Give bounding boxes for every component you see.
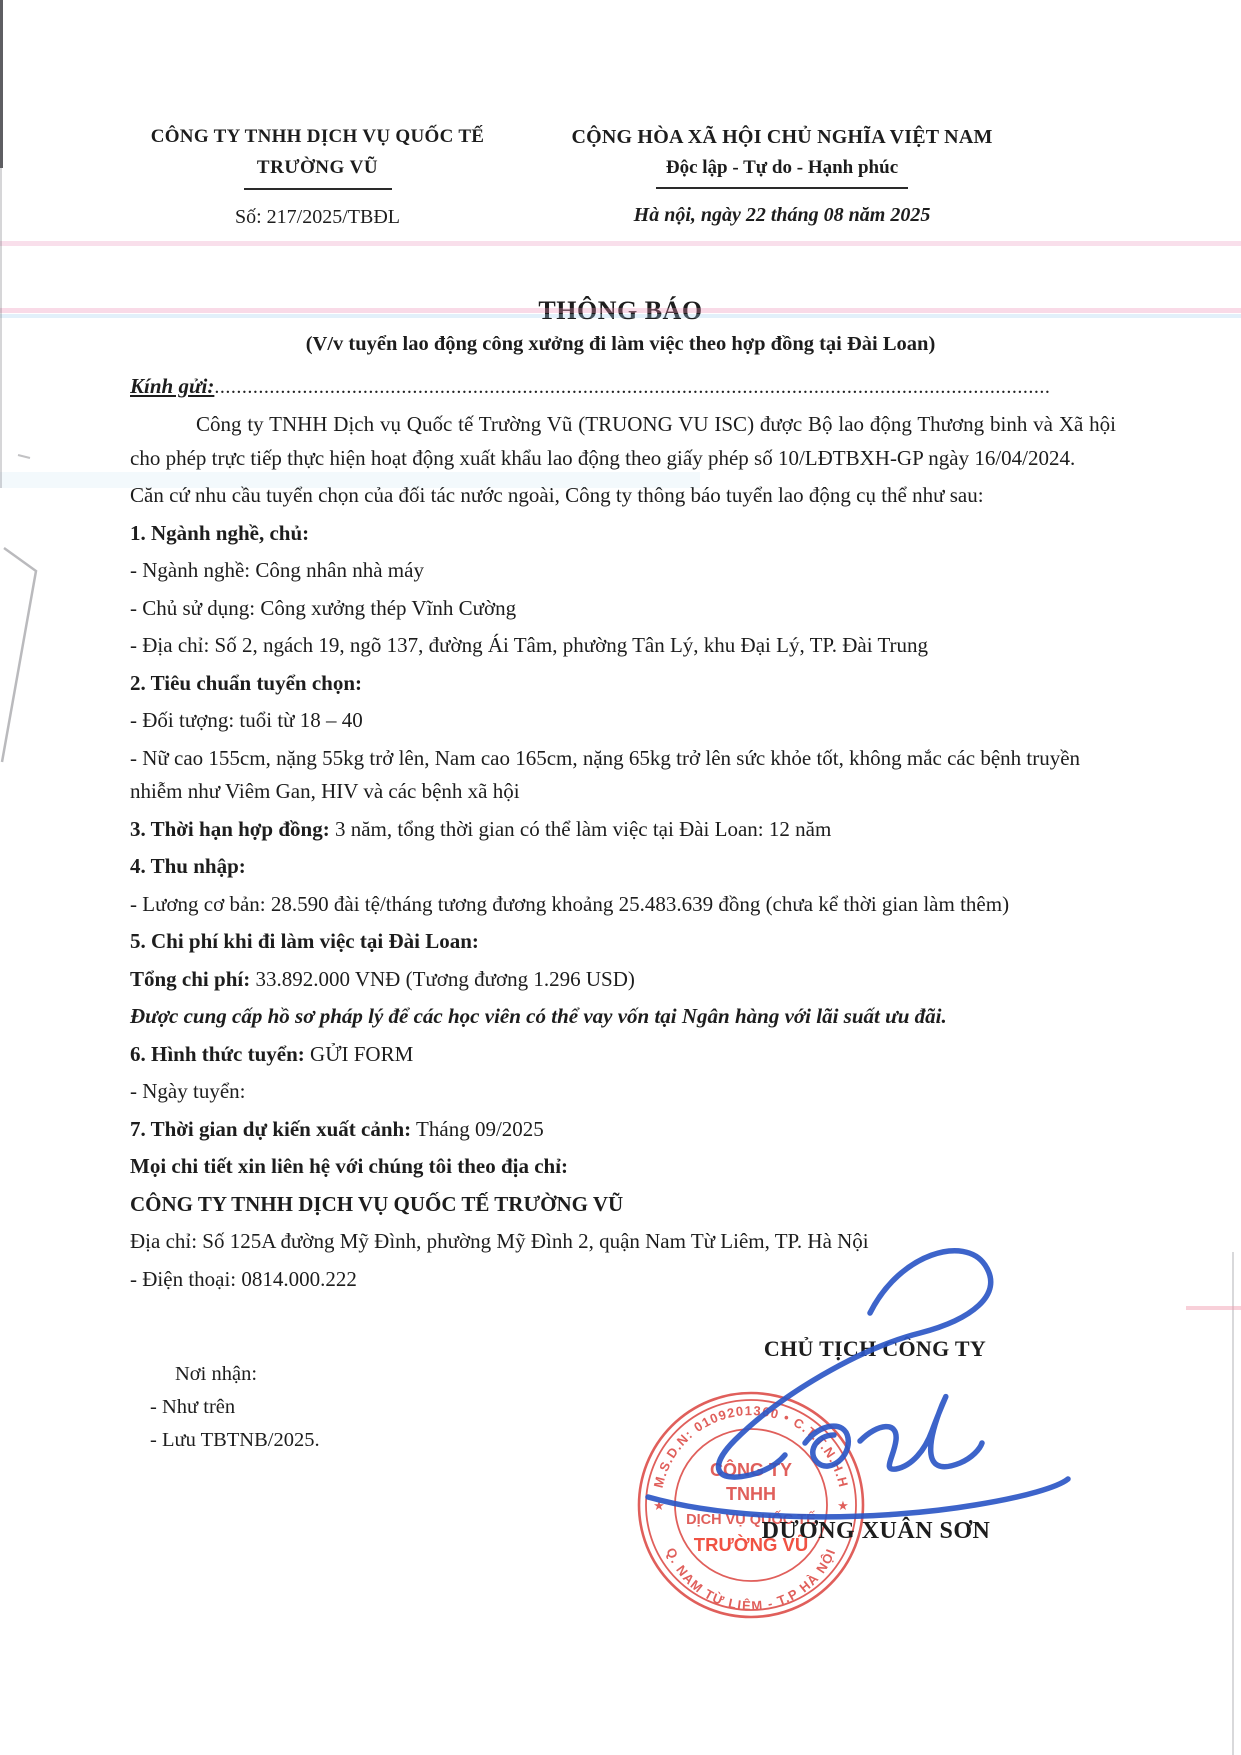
line-contact-intro: Mọi chi tiết xin liên hệ với chúng tôi t… <box>130 1150 1116 1184</box>
handwritten-signature <box>620 1235 1090 1525</box>
section-6-heading: 6. Hình thức tuyển: GỬI FORM <box>130 1038 1116 1072</box>
section-2-heading: 2. Tiêu chuẩn tuyển chọn: <box>130 667 1116 701</box>
section-3-heading: 3. Thời hạn hợp đồng: 3 năm, tổng thời g… <box>130 813 1116 847</box>
line-vay-von: Được cung cấp hồ sơ pháp lý để các học v… <box>130 1000 1116 1034</box>
line-the-chat: - Nữ cao 155cm, nặng 55kg trở lên, Nam c… <box>130 742 1116 809</box>
scan-artifact-stripe <box>1186 1306 1241 1310</box>
section-5-heading: 5. Chi phí khi đi làm việc tại Đài Loan: <box>130 925 1116 959</box>
line-nganh-nghe: - Ngành nghề: Công nhân nhà máy <box>130 554 1116 588</box>
scan-artifact-edge-line <box>0 168 2 488</box>
motto-underline <box>656 187 908 189</box>
recipient-item: - Như trên <box>150 1391 320 1424</box>
line-company-name: CÔNG TY TNHH DỊCH VỤ QUỐC TẾ TRƯỜNG VŨ <box>130 1188 1116 1222</box>
paragraph-intro: Công ty TNHH Dịch vụ Quốc tế Trường Vũ (… <box>130 408 1116 475</box>
line-dia-chi-dai-loan: - Địa chỉ: Số 2, ngách 19, ngõ 137, đườn… <box>130 629 1116 663</box>
org-underline <box>244 188 392 190</box>
issuing-org-name-line2: TRƯỜNG VŨ <box>140 157 495 179</box>
national-title: CỘNG HÒA XÃ HỘI CHỦ NGHĨA VIỆT NAM <box>552 126 1012 149</box>
line-doi-tuong: - Đối tượng: tuổi từ 18 – 40 <box>130 704 1116 738</box>
national-motto: Độc lập - Tự do - Hạnh phúc <box>552 157 1012 179</box>
document-subtitle: (V/v tuyển lao động công xưởng đi làm vi… <box>0 333 1241 356</box>
scan-artifact-paper-crease <box>2 548 36 762</box>
document-number: Số: 217/2025/TBĐL <box>140 206 495 229</box>
salutation-line: Kính gửi:...............................… <box>130 374 1115 404</box>
stamp-arc-bottom-text: Q. NAM TỪ LIÊM - T.P HÀ NỘI <box>663 1546 838 1614</box>
scanned-document-page: CÔNG TY TNHH DỊCH VỤ QUỐC TẾ TRƯỜNG VŨ S… <box>0 0 1241 1755</box>
section-1-heading: 1. Ngành nghề, chủ: <box>130 517 1116 551</box>
dotted-leader: ........................................… <box>214 376 1050 398</box>
line-luong-co-ban: - Lương cơ bản: 28.590 đài tệ/tháng tươn… <box>130 888 1116 922</box>
national-motto-block: CỘNG HÒA XÃ HỘI CHỦ NGHĨA VIỆT NAM Độc l… <box>552 126 1012 227</box>
recipients-block: Nơi nhận: - Như trên - Lưu TBTNB/2025. <box>150 1358 320 1457</box>
scan-artifact-edge-line <box>0 0 3 168</box>
recipients-label: Nơi nhận: <box>150 1358 320 1391</box>
place-date-line: Hà nội, ngày 22 tháng 08 năm 2025 <box>552 204 1012 227</box>
issuing-org-name-line1: CÔNG TY TNHH DỊCH VỤ QUỐC TẾ <box>140 126 495 148</box>
scan-artifact-edge-line <box>1232 1252 1234 1755</box>
line-ngay-tuyen: - Ngày tuyển: <box>130 1075 1116 1109</box>
line-tong-chi-phi: Tổng chi phí: 33.892.000 VNĐ (Tương đươn… <box>130 963 1116 997</box>
scan-artifact-mark <box>18 455 30 458</box>
line-chu-su-dung: - Chủ sử dụng: Công xưởng thép Vĩnh Cườn… <box>130 592 1116 626</box>
document-title: THÔNG BÁO <box>0 296 1241 326</box>
section-4-heading: 4. Thu nhập: <box>130 850 1116 884</box>
signer-name: DƯƠNG XUÂN SƠN <box>656 1518 1096 1545</box>
recipient-item: - Lưu TBTNB/2025. <box>150 1424 320 1457</box>
document-body: Công ty TNHH Dịch vụ Quốc tế Trường Vũ (… <box>130 408 1116 1296</box>
section-7-heading: 7. Thời gian dự kiến xuất cảnh: Tháng 09… <box>130 1113 1116 1147</box>
issuing-org-block: CÔNG TY TNHH DỊCH VỤ QUỐC TẾ TRƯỜNG VŨ S… <box>140 126 495 229</box>
paragraph-basis: Căn cứ nhu cầu tuyển chọn của đối tác nư… <box>130 479 1116 513</box>
scan-artifact-stripe <box>0 241 1241 246</box>
salutation-label: Kính gửi: <box>130 374 214 398</box>
